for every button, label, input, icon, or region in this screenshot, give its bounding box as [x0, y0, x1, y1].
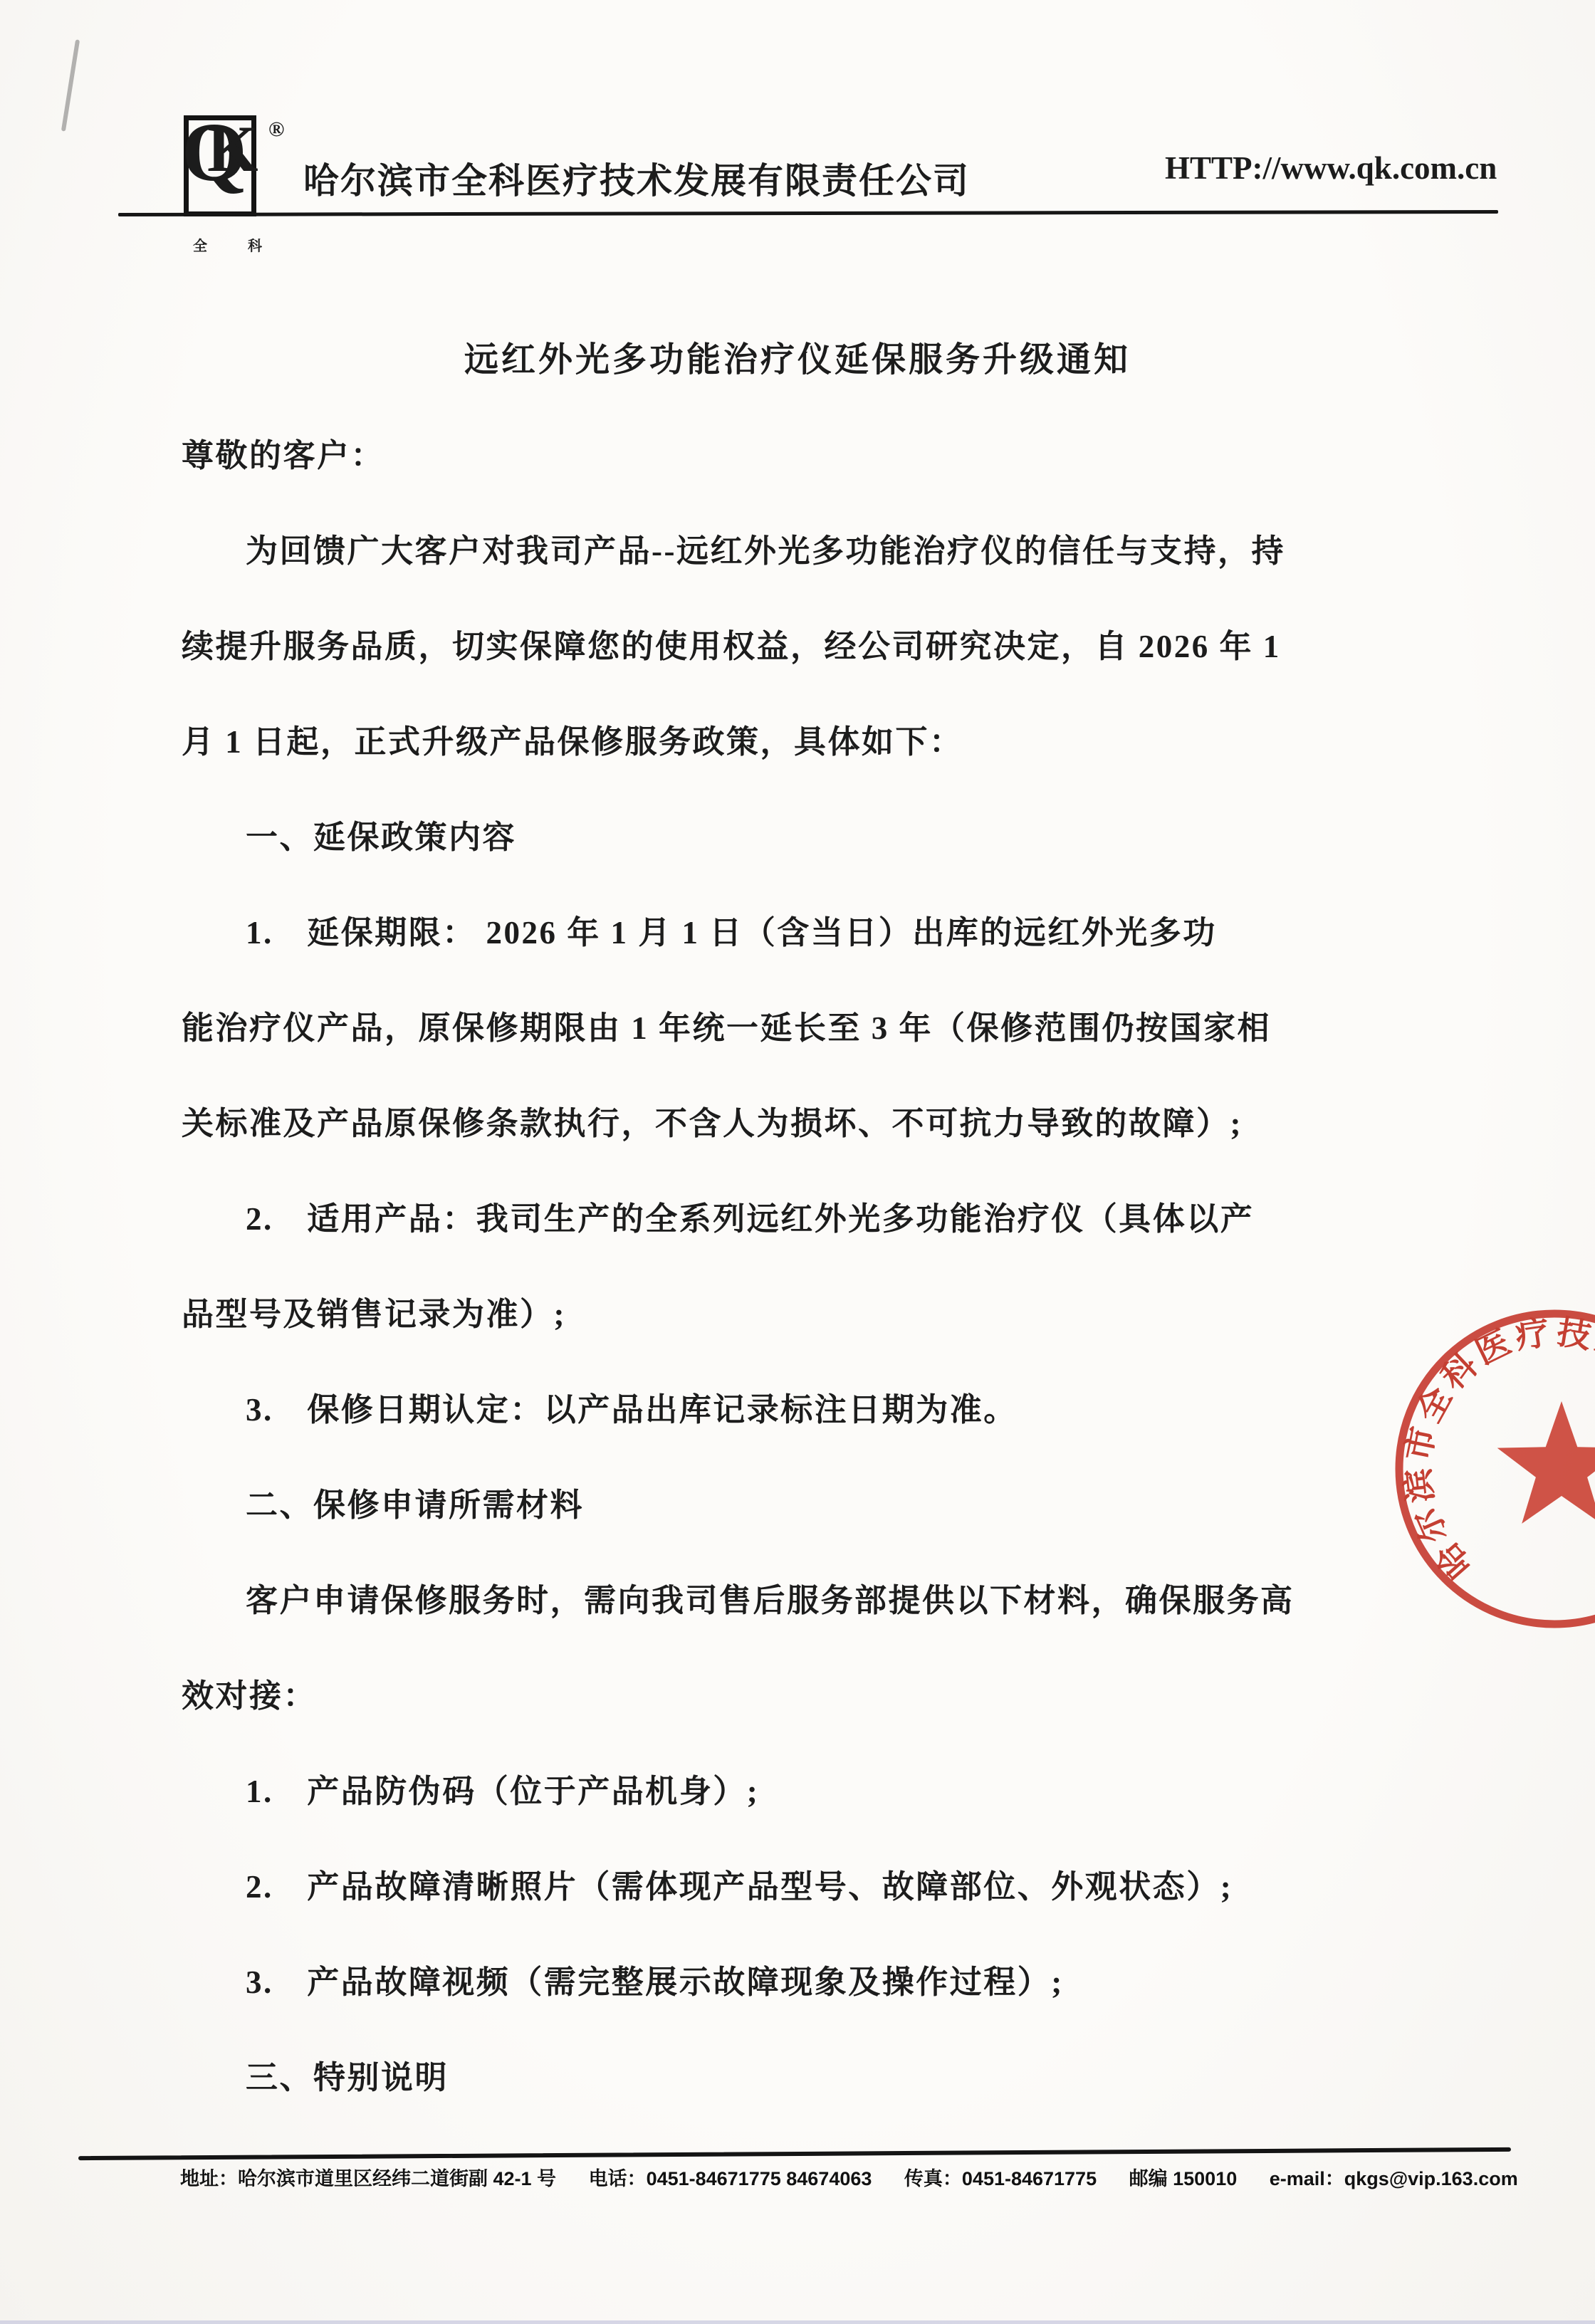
footer-phone-value: 0451-84671775 84674063 — [647, 2168, 872, 2189]
section-heading: 一、延保政策内容 — [182, 790, 1488, 885]
scan-bottom-edge — [0, 2320, 1595, 2324]
footer-fax-value: 0451-84671775 — [962, 2168, 1097, 2189]
document-title: 远红外光多功能治疗仪延保服务升级通知 — [0, 332, 1595, 381]
body-line: 品型号及销售记录为准）; — [182, 1267, 1488, 1362]
document-body: 尊敬的客户： 为回馈广大客户对我司产品--远红外光多功能治疗仪的信任与支持，持 … — [182, 408, 1488, 2125]
footer-postal-label: 邮编 — [1129, 2168, 1168, 2189]
body-line: 2. 适用产品：我司生产的全系列远红外光多功能治疗仪（具体以产 — [182, 1171, 1488, 1267]
body-line: 2. 产品故障清晰照片（需体现产品型号、故障部位、外观状态）; — [182, 1839, 1488, 1935]
footer-fax-label: 传真： — [904, 2168, 962, 2189]
company-seal-stamp: 哈尔滨市全科医疗技术发 — [1387, 1305, 1595, 1640]
body-line: 1. 延保期限： 2026 年 1 月 1 日（含当日）出库的远红外光多功 — [182, 885, 1488, 980]
body-line: 效对接： — [182, 1648, 1488, 1744]
section-heading: 三、特别说明 — [182, 2030, 1488, 2125]
body-line: 续提升服务品质，切实保障您的使用权益，经公司研究决定，自 2026 年 1 — [182, 599, 1488, 694]
logo-letter-k: K — [207, 116, 258, 182]
body-line: 能治疗仪产品，原保修期限由 1 年统一延长至 3 年（保修范围仍按国家相 — [182, 980, 1488, 1076]
body-line: 关标准及产品原保修条款执行，不含人为损坏、不可抗力导致的故障）; — [182, 1076, 1488, 1171]
body-line: 月 1 日起，正式升级产品保修服务政策，具体如下： — [182, 694, 1488, 790]
footer-address-label: 地址： — [180, 2168, 238, 2189]
registered-trademark-icon: ® — [268, 117, 284, 142]
qk-logo-icon: Q K ® 全 科 — [184, 115, 256, 216]
company-logo: Q K ® 全 科 — [184, 107, 291, 239]
company-website-url: HTTP://www.qk.com.cn — [1165, 150, 1497, 187]
footer-postal: 邮编 150010 — [1129, 2163, 1238, 2191]
scan-scratch-mark — [61, 39, 80, 131]
footer-address-value: 哈尔滨市道里区经纬二道街副 42-1 号 — [238, 2168, 556, 2189]
footer-postal-value: 150010 — [1173, 2168, 1237, 2189]
body-line: 3. 产品故障视频（需完整展示故障现象及操作过程）; — [182, 1935, 1488, 2030]
footer-address: 地址：哈尔滨市道里区经纬二道街副 42-1 号 — [180, 2163, 556, 2191]
body-line: 3. 保修日期认定：以产品出库记录标注日期为准。 — [182, 1362, 1488, 1457]
footer-email-value: qkgs@vip.163.com — [1344, 2168, 1518, 2189]
body-line: 为回馈广大客户对我司产品--远红外光多功能治疗仪的信任与支持，持 — [182, 503, 1488, 599]
header-divider — [118, 210, 1498, 216]
footer-phone-label: 电话： — [589, 2168, 647, 2189]
footer-contact-line: 地址：哈尔滨市道里区经纬二道街副 42-1 号 电话：0451-84671775… — [180, 2163, 1562, 2191]
seal-star-icon — [1497, 1401, 1595, 1524]
section-heading: 二、保修申请所需材料 — [182, 1457, 1488, 1553]
footer-divider — [78, 2147, 1511, 2160]
seal-icon: 哈尔滨市全科医疗技术发 — [1387, 1305, 1595, 1640]
body-line: 客户申请保修服务时，需向我司售后服务部提供以下材料，确保服务高 — [182, 1553, 1488, 1648]
company-name: 哈尔滨市全科医疗技术发展有限责任公司 — [303, 152, 970, 204]
body-line: 1. 产品防伪码（位于产品机身）; — [182, 1744, 1488, 1839]
body-line: 尊敬的客户： — [182, 408, 1488, 503]
footer-phone: 电话：0451-84671775 84674063 — [589, 2163, 872, 2191]
logo-caption: 全 科 — [193, 234, 281, 255]
scanned-document-page: Q K ® 全 科 哈尔滨市全科医疗技术发展有限责任公司 HTTP://www.… — [0, 0, 1595, 2324]
footer-email-label: e-mail： — [1270, 2168, 1344, 2189]
footer-fax: 传真：0451-84671775 — [904, 2163, 1097, 2191]
footer-email: e-mail：qkgs@vip.163.com — [1270, 2163, 1518, 2191]
